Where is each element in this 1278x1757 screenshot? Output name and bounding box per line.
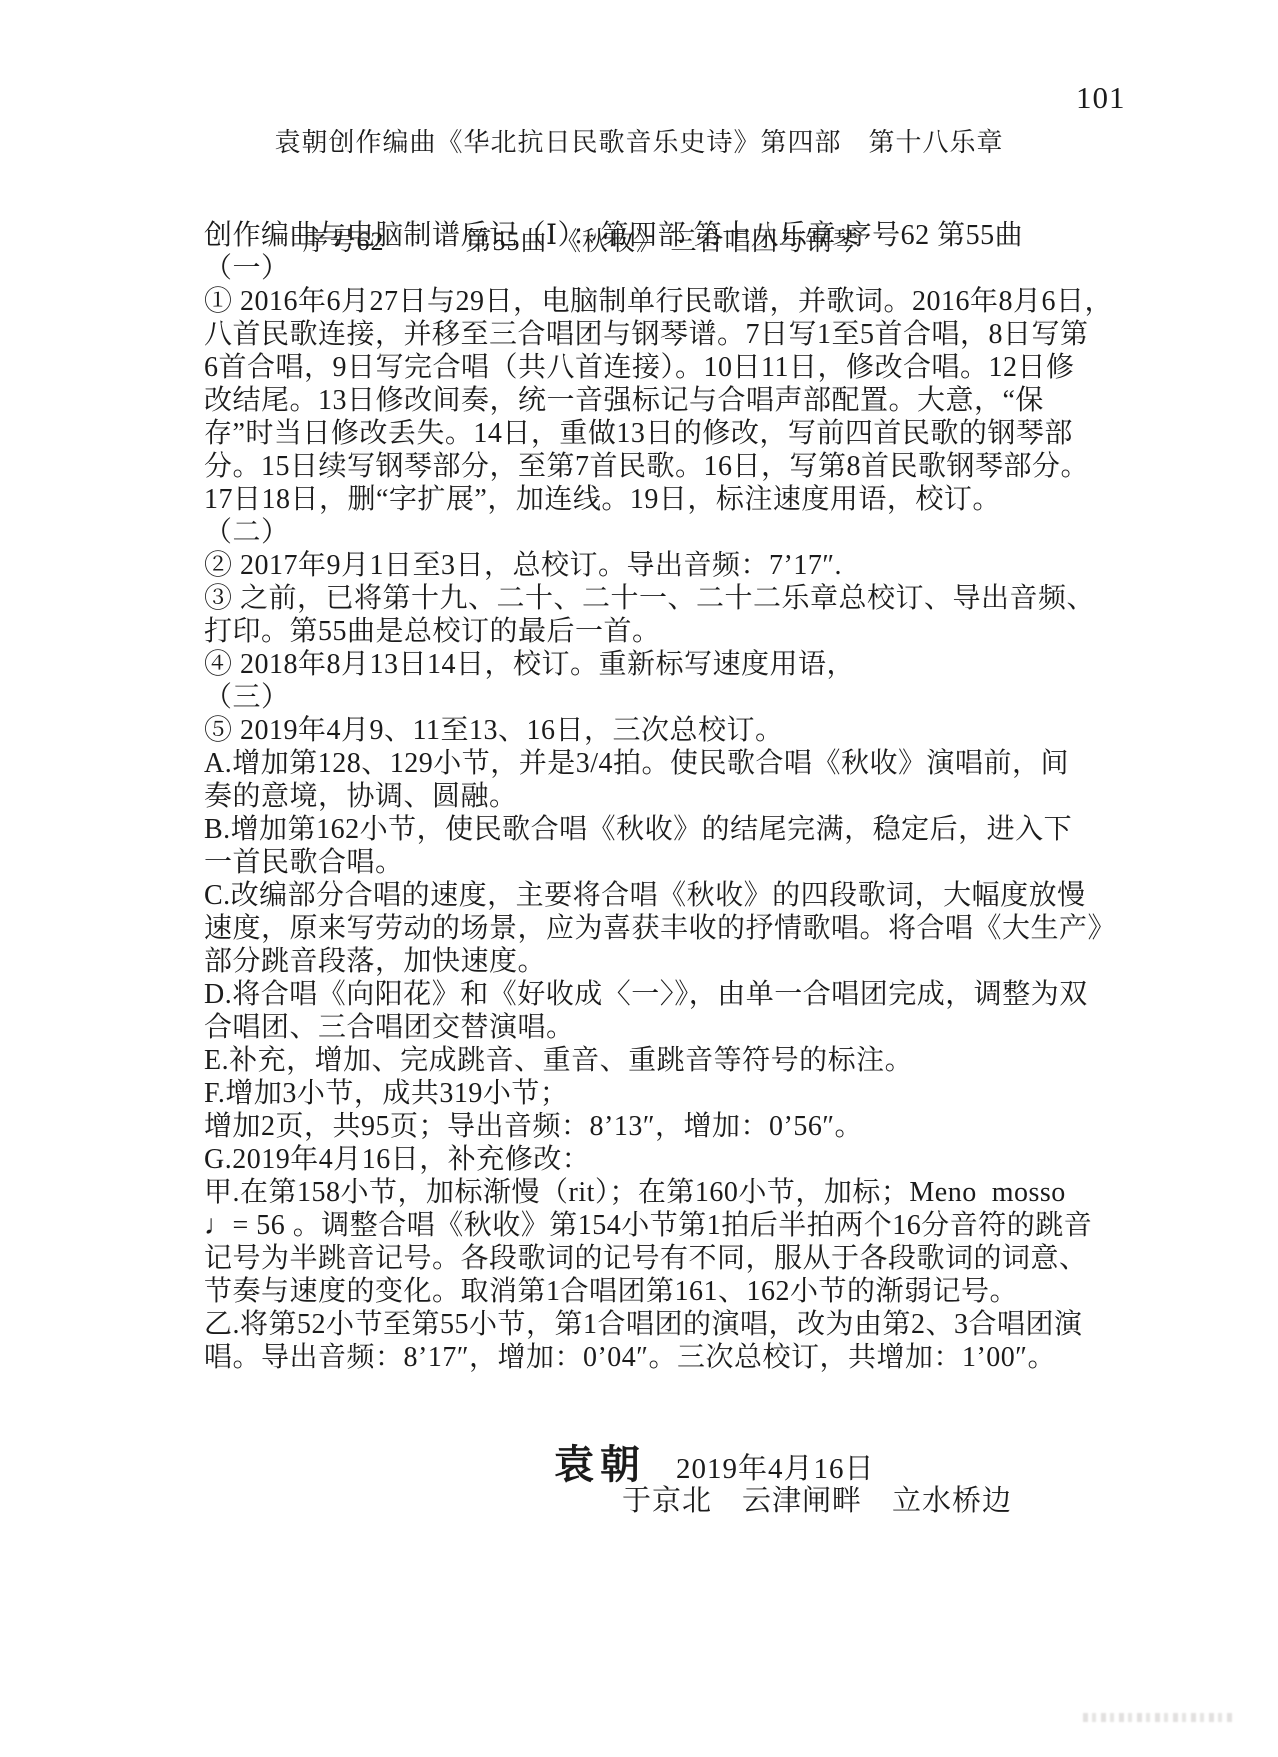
text-line: D.将合唱《向阳花》和《好收成〈一〉》，由单一合唱团完成，调整为双 — [204, 978, 1124, 1011]
signature-place: 于京北 云津闸畔 立水桥边 — [622, 1478, 1012, 1519]
text-line: A.增加第128、129小节，并是3/4拍。使民歌合唱《秋收》演唱前，间 — [204, 747, 1124, 780]
text-line: B.增加第162小节，使民歌合唱《秋收》的结尾完满，稳定后，进入下 — [204, 813, 1124, 846]
text-line: ♩= 56 。调整合唱《秋收》第154小节第1拍后半拍两个16分音符的跳音 — [204, 1209, 1124, 1242]
document-page: 袁朝创作编曲《华北抗日民歌音乐史诗》第四部 第十八乐章 序号62 第55曲 《秋… — [0, 0, 1278, 1757]
text-line: 奏的意境，协调、圆融。 — [204, 780, 1124, 813]
text-line: 乙.将第52小节至第55小节，第1合唱团的演唱，改为由第2、3合唱团演 — [204, 1308, 1124, 1341]
text-line: （二） — [204, 516, 1124, 549]
text-line: 速度，原来写劳动的场景，应为喜获丰收的抒情歌唱。将合唱《大生产》 — [204, 912, 1124, 945]
text-line: E.补充，增加、完成跳音、重音、重跳音等符号的标注。 — [204, 1044, 1124, 1077]
text-line: 创作编曲与电脑制谱后记（Ⅰ）：第四部 第十八乐章 序号62 第55曲 — [204, 219, 1124, 252]
text-line: （一） — [204, 252, 1124, 285]
page-number: 101 — [1076, 80, 1126, 116]
text-line: 一首民歌合唱。 — [204, 846, 1124, 879]
text-line: ② 2017年9月1日至3日，总校订。导出音频：7’17″. — [204, 549, 1124, 582]
text-line: 改结尾。13日修改间奏，统一音强标记与合唱声部配置。大意，“保 — [204, 384, 1124, 417]
text-line: （三） — [204, 681, 1124, 714]
text-line: 合唱团、三合唱团交替演唱。 — [204, 1011, 1124, 1044]
text-line: 打印。第55曲是总校订的最后一首。 — [204, 615, 1124, 648]
text-line: 17日18日，删“字扩展”，加连线。19日，标注速度用语，校订。 — [204, 483, 1124, 516]
document-body-text: 创作编曲与电脑制谱后记（Ⅰ）：第四部 第十八乐章 序号62 第55曲（一）① 2… — [204, 219, 1124, 1374]
text-line: 部分跳音段落，加快速度。 — [204, 945, 1124, 978]
text-line: ③ 之前，已将第十九、二十、二十一、二十二乐章总校订、导出音频、 — [204, 582, 1124, 615]
text-line: ⑤ 2019年4月9、11至13、16日，三次总校订。 — [204, 714, 1124, 747]
text-line: 存”时当日修改丢失。14日，重做13日的修改，写前四首民歌的钢琴部 — [204, 417, 1124, 450]
text-line: ④ 2018年8月13日14日，校订。重新标写速度用语， — [204, 648, 1124, 681]
text-line: 唱。导出音频：8’17″，增加：0’04″。三次总校订，共增加：1’00″。 — [204, 1341, 1124, 1374]
text-line: 增加2页，共95页；导出音频：8’13″，增加：0’56″。 — [204, 1110, 1124, 1143]
text-line: 甲.在第158小节，加标渐慢（rit）；在第160小节，加标；Meno moss… — [204, 1176, 1124, 1209]
text-line: F.增加3小节，成共319小节； — [204, 1077, 1124, 1110]
text-line: C.改编部分合唱的速度，主要将合唱《秋收》的四段歌词，大幅度放慢 — [204, 879, 1124, 912]
text-line: G.2019年4月16日，补充修改： — [204, 1143, 1124, 1176]
text-line: 6首合唱，9日写完合唱（共八首连接）。10日11日，修改合唱。12日修 — [204, 351, 1124, 384]
text-line: ① 2016年6月27日与29日，电脑制单行民歌谱，并歌词。2016年8月6日， — [204, 285, 1124, 318]
header-title-line: 袁朝创作编曲《华北抗日民歌音乐史诗》第四部 第十八乐章 — [0, 126, 1278, 159]
watermark-smudge — [1083, 1713, 1235, 1722]
text-line: 八首民歌连接，并移至三合唱团与钢琴谱。7日写1至5首合唱，8日写第 — [204, 318, 1124, 351]
text-line: 记号为半跳音记号。各段歌词的记号有不同，服从于各段歌词的词意、 — [204, 1242, 1124, 1275]
text-line: 分。15日续写钢琴部分，至第7首民歌。16日，写第8首民歌钢琴部分。 — [204, 450, 1124, 483]
text-line: 节奏与速度的变化。取消第1合唱团第161、162小节的渐弱记号。 — [204, 1275, 1124, 1308]
